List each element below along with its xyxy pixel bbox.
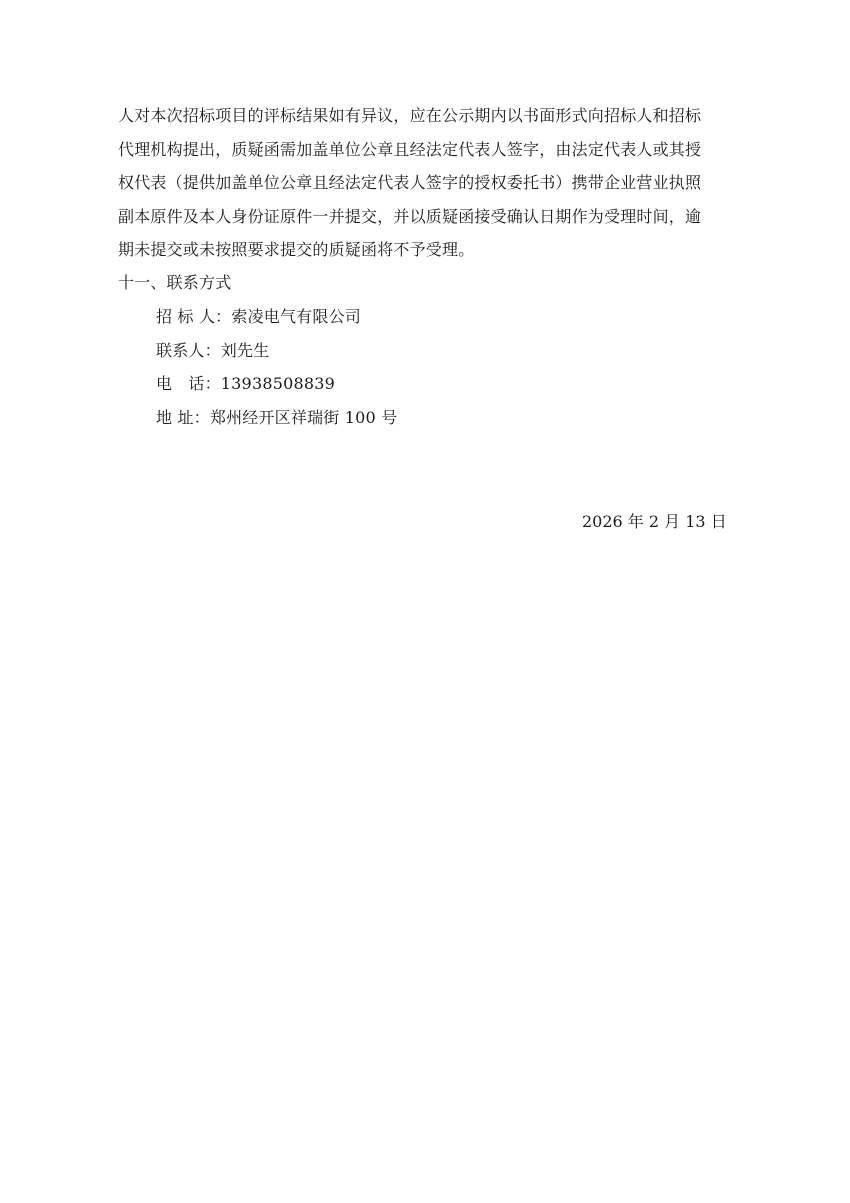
paragraph-line-5: 期未提交或未按照要求提交的质疑函将不予受理。 — [118, 240, 474, 260]
contact-tenderer: 招 标 人：索凌电气有限公司 — [156, 307, 361, 327]
paragraph-line-3: 权代表（提供加盖单位公章且经法定代表人签字的授权委托书）携带企业营业执照 — [118, 173, 701, 193]
contact-address: 地 址：郑州经开区祥瑞街 100 号 — [156, 408, 397, 428]
paragraph-line-2: 代理机构提出，质疑函需加盖单位公章且经法定代表人签字，由法定代表人或其授 — [118, 140, 701, 160]
paragraph-line-4: 副本原件及本人身份证原件一并提交，并以质疑函接受确认日期作为受理时间，逾 — [118, 207, 701, 227]
document-date: 2026 年 2 月 13 日 — [582, 512, 727, 532]
document-page: 人对本次招标项目的评标结果如有异议，应在公示期内以书面形式向招标人和招标 代理机… — [0, 0, 850, 1203]
contact-phone: 电 话：13938508839 — [156, 374, 335, 394]
section-heading-contact: 十一、联系方式 — [118, 273, 231, 293]
contact-person: 联系人：刘先生 — [156, 341, 269, 361]
paragraph-line-1: 人对本次招标项目的评标结果如有异议，应在公示期内以书面形式向招标人和招标 — [118, 106, 701, 126]
